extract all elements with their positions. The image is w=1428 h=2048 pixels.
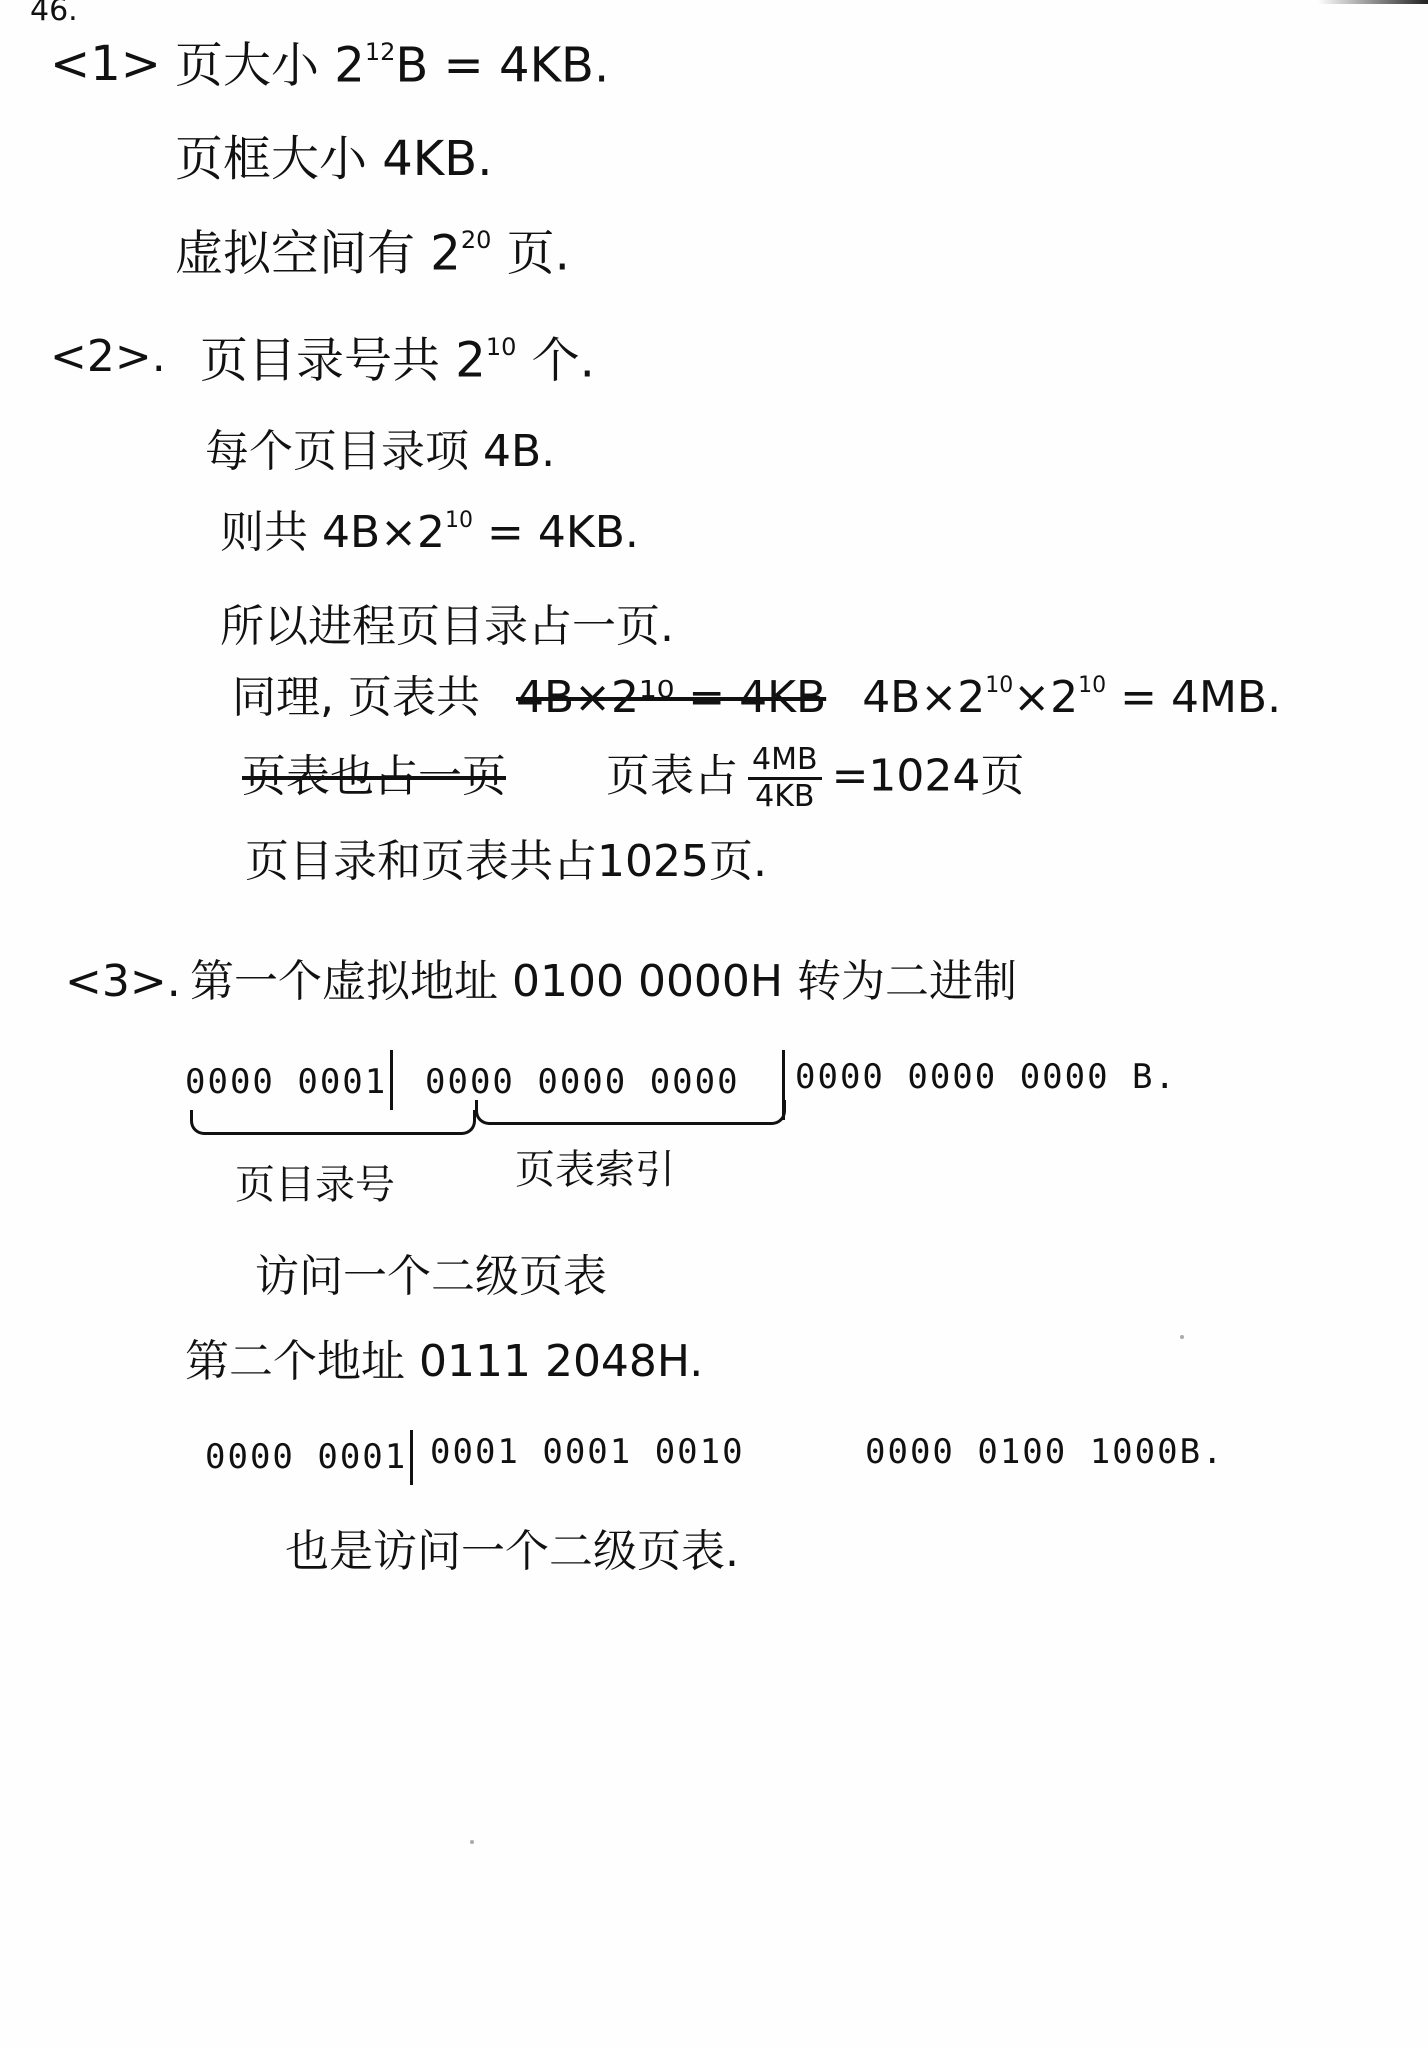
divider-tick	[410, 1430, 413, 1485]
first-result: 访问一个二级页表	[255, 1255, 607, 1299]
brace-table	[475, 1100, 786, 1125]
part1-label: <1>	[50, 40, 161, 88]
second-binary-dir: 0000 0001	[205, 1440, 407, 1474]
first-binary-dir: 0000 0001	[185, 1065, 387, 1099]
brace-dir-label: 页目录号	[235, 1165, 395, 1205]
divider-tick	[390, 1050, 393, 1110]
second-binary-offset: 0000 0100 1000B.	[865, 1435, 1225, 1469]
brace-table-label: 页表索引	[515, 1150, 675, 1190]
first-binary-table: 0000 0000 0000	[425, 1065, 740, 1099]
part2-page-table-total: 同理, 页表共4B×2¹⁰ = 4KB4B×210×210 = 4MB.	[232, 675, 1281, 720]
part3-second-address: 第二个地址 0111 2048H.	[185, 1340, 703, 1384]
page-edge-shadow	[1318, 0, 1428, 4]
part1-virtual-pages: 虚拟空间有 220 页.	[175, 228, 570, 278]
fraction: 4MB4KB	[748, 745, 822, 812]
question-number: 46.	[30, 0, 78, 26]
stray-mark	[1180, 1335, 1184, 1339]
struck-out-note: 页表也占一页	[242, 751, 506, 802]
part3-label: <3>.	[65, 960, 181, 1004]
part2-entry-size: 每个页目录项 4B.	[205, 430, 555, 474]
handwritten-answer-sheet: 46. <1> 页大小 212B = 4KB. 页框大小 4KB. 虚拟空间有 …	[0, 0, 1428, 2048]
part1-page-size: 页大小 212B = 4KB.	[175, 40, 609, 90]
first-binary-offset: 0000 0000 0000 B.	[795, 1060, 1177, 1094]
part2-dir-count: 页目录号共 210 个.	[200, 335, 595, 385]
stray-mark	[470, 1840, 474, 1844]
part2-label: <2>.	[50, 335, 166, 379]
brace-dir	[190, 1110, 476, 1135]
part2-dir-occupies: 所以进程页目录占一页.	[220, 605, 674, 649]
part2-page-table-pages: 页表也占一页页表占4MB4KB=1024页	[242, 745, 1024, 812]
second-result: 也是访问一个二级页表.	[285, 1530, 739, 1574]
second-binary-table: 0001 0001 0010	[430, 1435, 745, 1469]
part2-total: 则共 4B×210 = 4KB.	[220, 510, 639, 555]
part3-first-address: 第一个虚拟地址 0100 0000H 转为二进制	[190, 960, 1017, 1004]
part1-frame-size: 页框大小 4KB.	[175, 135, 492, 183]
part2-total-pages: 页目录和页表共占1025页.	[245, 840, 767, 884]
struck-out-calc: 4B×2¹⁰ = 4KB	[516, 676, 826, 720]
